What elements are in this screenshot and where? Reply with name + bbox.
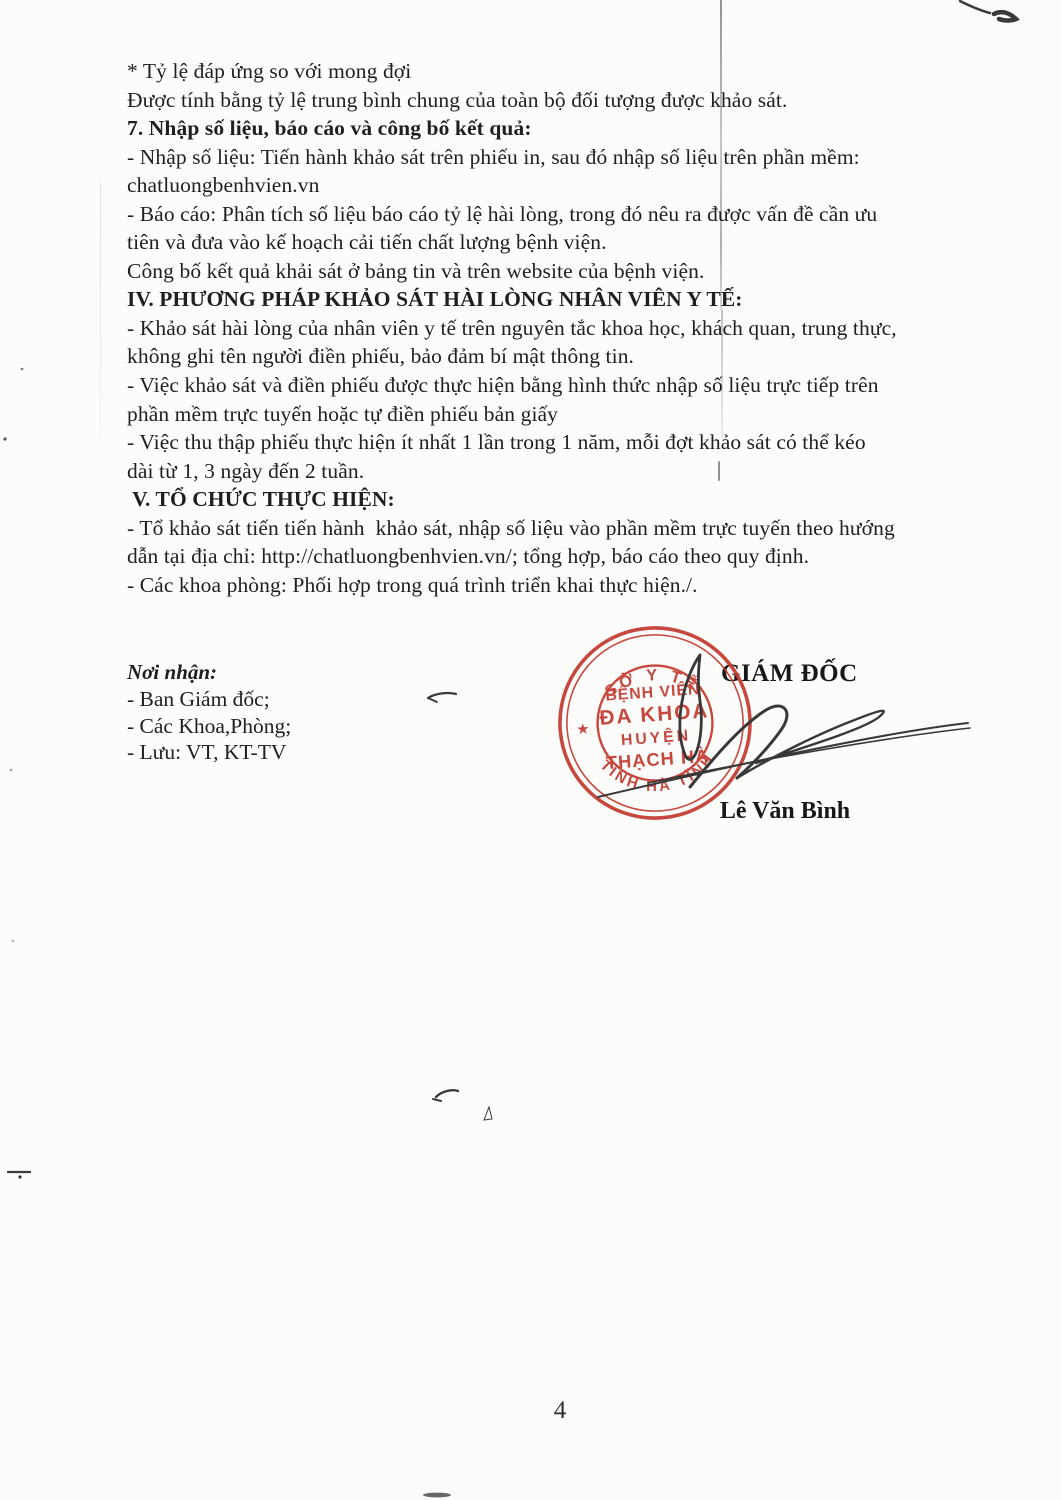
body-line: - Việc khảo sát và điền phiếu được thực … <box>127 371 897 400</box>
signature-stroke <box>690 706 787 787</box>
ink-dot <box>10 769 13 772</box>
handwritten-signature <box>540 615 1000 815</box>
ink-dot <box>3 437 6 440</box>
section-heading-v: V. TỔ CHỨC THỰC HIỆN: <box>127 485 897 514</box>
body-line: - Báo cáo: Phân tích số liệu báo cáo tỷ … <box>127 200 897 229</box>
body-line: - Nhập số liệu: Tiến hành khảo sát trên … <box>127 143 897 172</box>
body-line: dài từ 1, 3 ngày đến 2 tuần. <box>127 457 897 486</box>
body-line: * Tỷ lệ đáp ứng so với mong đợi <box>127 57 897 86</box>
recipients-title: Nơi nhận: <box>127 658 291 686</box>
scanned-document-page: * Tỷ lệ đáp ứng so với mong đợi Được tín… <box>0 0 1061 1500</box>
body-line: - Việc thu thập phiếu thực hiện ít nhất … <box>127 428 897 457</box>
body-line: - Các khoa phòng: Phối hợp trong quá trì… <box>127 571 897 600</box>
recipient-item: - Lưu: VT, KT-TV <box>127 739 291 766</box>
section-heading-7: 7. Nhập số liệu, báo cáo và công bố kết … <box>127 114 897 143</box>
ink-speck-triangle <box>484 1107 492 1120</box>
body-line: - Khảo sát hài lòng của nhân viên y tế t… <box>127 314 897 343</box>
recipient-item: - Ban Giám đốc; <box>127 686 291 713</box>
signature-stroke <box>737 711 884 778</box>
page-number: 4 <box>535 1397 585 1425</box>
signature-stroke <box>680 655 702 759</box>
pen-dash-mark <box>428 698 437 702</box>
body-line: Công bố kết quả khải sát ở bảng tin và t… <box>127 257 897 286</box>
body-line: dẫn tại địa chỉ: http://chatluongbenhvie… <box>127 542 897 571</box>
bottom-edge-smudge <box>423 1493 451 1498</box>
body-line: không ghi tên người điền phiếu, bảo đảm … <box>127 342 897 371</box>
recipients-block: Nơi nhận: - Ban Giám đốc; - Các Khoa,Phò… <box>127 658 291 766</box>
corner-ink-mark <box>960 1 990 13</box>
pen-flick-mark <box>433 1099 441 1101</box>
pen-flick-mark <box>436 1090 458 1097</box>
ink-dot <box>12 940 15 943</box>
recipient-item: - Các Khoa,Phòng; <box>127 713 291 740</box>
section-heading-iv: IV. PHƯƠNG PHÁP KHẢO SÁT HÀI LÒNG NHÂN V… <box>127 285 897 314</box>
body-line: tiên và đưa vào kế hoạch cải tiến chất l… <box>127 228 897 257</box>
fold-crease-left <box>100 183 101 439</box>
ink-dot <box>21 368 24 371</box>
body-line: Được tính bằng tỷ lệ trung bình chung củ… <box>127 86 897 115</box>
corner-ink-mark <box>994 12 1016 20</box>
document-body: * Tỷ lệ đáp ứng so với mong đợi Được tín… <box>127 57 897 599</box>
body-line: phần mềm trực tuyến hoặc tự điền phiếu b… <box>127 400 897 429</box>
signer-name: Lê Văn Bình <box>690 798 880 825</box>
ink-dot <box>18 1175 21 1178</box>
body-line: chatluongbenhvien.vn <box>127 171 897 200</box>
body-line: - Tổ khảo sát tiến tiến hành khảo sát, n… <box>127 514 897 543</box>
signature-stroke <box>598 723 968 797</box>
pen-dash-mark <box>428 693 456 698</box>
